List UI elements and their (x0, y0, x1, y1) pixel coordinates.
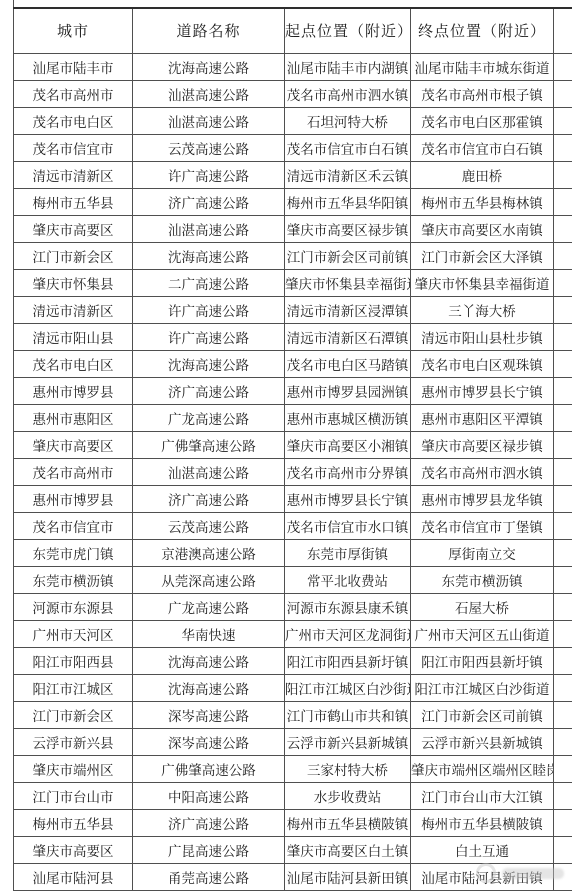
table-cell: 茂名市信宜市丁堡镇 (411, 512, 554, 539)
table-cell: 肇庆市端州区端州区睦岗街道 (411, 755, 554, 782)
table-cell: 许广高速公路 (133, 161, 285, 188)
table-cell: 河源市东源县 (14, 593, 133, 620)
table-cell: 茂名市信宜市 (14, 512, 133, 539)
table-cell: 茂名市信宜市 (14, 134, 133, 161)
table-cell: 阳江市阳西县新圩镇 (285, 647, 411, 674)
table-row: 江门市新会区沈海高速公路江门市新会区司前镇江门市新会区大泽镇 (14, 242, 572, 269)
table-cell: 梅州市五华县 (14, 188, 133, 215)
table-cell: 东莞市横沥镇 (411, 566, 554, 593)
table-cell: 江门市鹤山市共和镇 (285, 701, 411, 728)
table-cell: 济广高速公路 (133, 377, 285, 404)
table-cell: 中阳高速公路 (133, 782, 285, 809)
table-cell-empty (554, 809, 572, 836)
table-cell-empty (554, 458, 572, 485)
table-cell: 汕尾市陆河县 (14, 863, 133, 890)
table-row: 梅州市五华县济广高速公路梅州市五华县华阳镇梅州市五华县梅林镇 (14, 188, 572, 215)
header-start-location: 起点位置（附近） (285, 8, 411, 53)
table-cell: 石坦河特大桥 (285, 107, 411, 134)
table-cell: 广佛肇高速公路 (133, 431, 285, 458)
table-cell: 清远市阳山县 (14, 323, 133, 350)
table-cell: 肇庆市高要区白土镇 (285, 836, 411, 863)
table-cell: 惠州市博罗县长宁镇 (411, 377, 554, 404)
table-cell: 江门市新会区 (14, 242, 133, 269)
table-row: 肇庆市高要区汕湛高速公路肇庆市高要区禄步镇肇庆市高要区水南镇 (14, 215, 572, 242)
table-cell-empty (554, 485, 572, 512)
table-cell: 广州市天河区 (14, 620, 133, 647)
table-cell: 沈海高速公路 (133, 647, 285, 674)
table-row: 肇庆市端州区广佛肇高速公路三家村特大桥肇庆市端州区端州区睦岗街道 (14, 755, 572, 782)
table-cell: 肇庆市高要区禄步镇 (411, 431, 554, 458)
table-cell-empty (554, 350, 572, 377)
table-cell: 华南快速 (133, 620, 285, 647)
table-cell: 惠州市惠阳区 (14, 404, 133, 431)
table-cell: 河源市东源县康禾镇 (285, 593, 411, 620)
table-cell: 肇庆市高要区 (14, 215, 133, 242)
table-cell: 茂名市高州市泗水镇 (411, 458, 554, 485)
table-cell: 清远市清新区 (14, 296, 133, 323)
table-cell-empty (554, 80, 572, 107)
table-cell: 茂名市电白区马踏镇 (285, 350, 411, 377)
table-row: 清远市清新区许广高速公路清远市清新区浸潭镇三丫海大桥 (14, 296, 572, 323)
table-row: 东莞市虎门镇京港澳高速公路东莞市厚街镇厚街南立交 (14, 539, 572, 566)
table-cell: 白土互通 (411, 836, 554, 863)
header-city: 城市 (14, 8, 133, 53)
table-cell: 江门市台山市 (14, 782, 133, 809)
table-cell-empty (554, 404, 572, 431)
table-cell: 广龙高速公路 (133, 404, 285, 431)
table-cell: 梅州市五华县梅林镇 (411, 188, 554, 215)
table-row: 肇庆市高要区广昆高速公路肇庆市高要区白土镇白土互通 (14, 836, 572, 863)
table-row: 江门市台山市中阳高速公路水步收费站江门市台山市大江镇 (14, 782, 572, 809)
table-cell-empty (554, 377, 572, 404)
table-cell-empty (554, 836, 572, 863)
table-cell: 许广高速公路 (133, 296, 285, 323)
table-cell: 茂名市电白区那霍镇 (411, 107, 554, 134)
table-cell: 汕湛高速公路 (133, 80, 285, 107)
table-cell: 汕湛高速公路 (133, 107, 285, 134)
table-row: 茂名市信宜市云茂高速公路茂名市信宜市水口镇茂名市信宜市丁堡镇 (14, 512, 572, 539)
table-cell: 梅州市五华县华阳镇 (285, 188, 411, 215)
table-cell: 阳江市江城区白沙街道 (411, 674, 554, 701)
table-row: 肇庆市高要区广佛肇高速公路肇庆市高要区小湘镇肇庆市高要区禄步镇 (14, 431, 572, 458)
table-cell: 广州市天河区龙洞街道 (285, 620, 411, 647)
table-cell: 茂名市高州市 (14, 80, 133, 107)
table-cell: 汕尾市陆河县新田镇 (285, 863, 411, 890)
table-row: 汕尾市陆丰市沈海高速公路汕尾市陆丰市内湖镇汕尾市陆丰市城东街道 (14, 53, 572, 80)
table-cell: 惠州市博罗县 (14, 377, 133, 404)
table-cell-empty (554, 431, 572, 458)
table-cell: 广州市天河区五山街道 (411, 620, 554, 647)
table-cell: 厚街南立交 (411, 539, 554, 566)
table-cell: 石屋大桥 (411, 593, 554, 620)
table-cell: 云茂高速公路 (133, 512, 285, 539)
header-end-location: 终点位置（附近） (411, 8, 554, 53)
table-cell: 广龙高速公路 (133, 593, 285, 620)
table-row: 茂名市高州市汕湛高速公路茂名市高州市泗水镇茂名市高州市根子镇 (14, 80, 572, 107)
table-row: 阳江市江城区沈海高速公路阳江市江城区白沙街道阳江市江城区白沙街道 (14, 674, 572, 701)
table-row: 阳江市阳西县沈海高速公路阳江市阳西县新圩镇阳江市阳西县新圩镇 (14, 647, 572, 674)
table-cell: 云茂高速公路 (133, 134, 285, 161)
table-cell: 清远市清新区浸潭镇 (285, 296, 411, 323)
table-cell: 阳江市阳西县 (14, 647, 133, 674)
page: 城市 道路名称 起点位置（附近） 终点位置（附近） 汕尾市陆丰市沈海高速公路汕尾… (0, 0, 572, 891)
table-cell-empty (554, 566, 572, 593)
table-cell: 阳江市江城区白沙街道 (285, 674, 411, 701)
table-cell: 江门市新会区大泽镇 (411, 242, 554, 269)
table-cell: 三家村特大桥 (285, 755, 411, 782)
table-cell: 云浮市新兴县新城镇 (285, 728, 411, 755)
table-cell: 云浮市新兴县 (14, 728, 133, 755)
table-row: 清远市清新区许广高速公路清远市清新区禾云镇鹿田桥 (14, 161, 572, 188)
table-cell-empty (554, 728, 572, 755)
table-cell: 汕湛高速公路 (133, 458, 285, 485)
table-cell: 阳江市阳西县新圩镇 (411, 647, 554, 674)
table-cell: 茂名市高州市泗水镇 (285, 80, 411, 107)
table-cell: 甬莞高速公路 (133, 863, 285, 890)
table-cell: 肇庆市怀集县幸福街道 (285, 269, 411, 296)
table-cell: 沈海高速公路 (133, 242, 285, 269)
table-cell: 茂名市信宜市水口镇 (285, 512, 411, 539)
table-cell: 清远市阳山县杜步镇 (411, 323, 554, 350)
table-row: 茂名市信宜市云茂高速公路茂名市信宜市白石镇茂名市信宜市白石镇 (14, 134, 572, 161)
table-cell: 茂名市信宜市白石镇 (411, 134, 554, 161)
table-cell: 清远市清新区石潭镇 (285, 323, 411, 350)
table-cell-empty (554, 755, 572, 782)
table-cell: 江门市台山市大江镇 (411, 782, 554, 809)
table-row: 云浮市新兴县深岑高速公路云浮市新兴县新城镇云浮市新兴县新城镇 (14, 728, 572, 755)
table-cell: 茂名市高州市根子镇 (411, 80, 554, 107)
table-cell: 肇庆市高要区禄步镇 (285, 215, 411, 242)
table-cell: 肇庆市高要区小湘镇 (285, 431, 411, 458)
table-cell-empty (554, 161, 572, 188)
table-row: 河源市东源县广龙高速公路河源市东源县康禾镇石屋大桥 (14, 593, 572, 620)
table-row: 惠州市博罗县济广高速公路惠州市博罗县长宁镇惠州市博罗县龙华镇 (14, 485, 572, 512)
table-cell: 惠州市惠阳区平潭镇 (411, 404, 554, 431)
table-cell: 沈海高速公路 (133, 350, 285, 377)
table-cell: 东莞市虎门镇 (14, 539, 133, 566)
table-cell: 二广高速公路 (133, 269, 285, 296)
table-cell-empty (554, 512, 572, 539)
table-cell: 广昆高速公路 (133, 836, 285, 863)
road-closure-table: 城市 道路名称 起点位置（附近） 终点位置（附近） 汕尾市陆丰市沈海高速公路汕尾… (13, 7, 572, 891)
table-cell-empty (554, 701, 572, 728)
table-cell: 江门市新会区司前镇 (285, 242, 411, 269)
table-cell: 汕尾市陆丰市 (14, 53, 133, 80)
table-cell-empty (554, 782, 572, 809)
table-cell: 惠州市惠城区横沥镇 (285, 404, 411, 431)
table-left-border-stub (13, 0, 14, 7)
table-row: 梅州市五华县济广高速公路梅州市五华县横陂镇梅州市五华县横陂镇 (14, 809, 572, 836)
table-row: 茂名市电白区汕湛高速公路石坦河特大桥茂名市电白区那霍镇 (14, 107, 572, 134)
table-cell-empty (554, 539, 572, 566)
table-cell-empty (554, 323, 572, 350)
table-cell: 云浮市新兴县新城镇 (411, 728, 554, 755)
table-cell: 汕湛高速公路 (133, 215, 285, 242)
table-cell: 茂名市电白区 (14, 350, 133, 377)
table-cell: 茂名市信宜市白石镇 (285, 134, 411, 161)
table-cell: 京港澳高速公路 (133, 539, 285, 566)
table-cell: 济广高速公路 (133, 485, 285, 512)
table-row: 清远市阳山县许广高速公路清远市清新区石潭镇清远市阳山县杜步镇 (14, 323, 572, 350)
table-cell: 江门市新会区司前镇 (411, 701, 554, 728)
table-row: 汕尾市陆河县甬莞高速公路汕尾市陆河县新田镇汕尾市陆河县新田镇 (14, 863, 572, 890)
table-cell: 深岑高速公路 (133, 701, 285, 728)
header-road-name: 道路名称 (133, 8, 285, 53)
table-cell: 清远市清新区 (14, 161, 133, 188)
table-cell-empty (554, 242, 572, 269)
table-cell: 鹿田桥 (411, 161, 554, 188)
table-cell: 梅州市五华县 (14, 809, 133, 836)
table-cell-empty (554, 296, 572, 323)
table-cell: 济广高速公路 (133, 188, 285, 215)
table-cell: 从莞深高速公路 (133, 566, 285, 593)
table-row: 肇庆市怀集县二广高速公路肇庆市怀集县幸福街道肇庆市怀集县幸福街道 (14, 269, 572, 296)
table-row: 东莞市横沥镇从莞深高速公路常平北收费站东莞市横沥镇 (14, 566, 572, 593)
table-cell-empty (554, 593, 572, 620)
table-cell: 肇庆市高要区 (14, 836, 133, 863)
table-cell: 惠州市博罗县长宁镇 (285, 485, 411, 512)
table-cell-empty (554, 863, 572, 890)
table-cell: 许广高速公路 (133, 323, 285, 350)
table-row: 茂名市电白区沈海高速公路茂名市电白区马踏镇茂名市电白区观珠镇 (14, 350, 572, 377)
table-row: 惠州市博罗县济广高速公路惠州市博罗县园洲镇惠州市博罗县长宁镇 (14, 377, 572, 404)
table-cell: 济广高速公路 (133, 809, 285, 836)
table-cell: 常平北收费站 (285, 566, 411, 593)
table-row: 广州市天河区华南快速广州市天河区龙洞街道广州市天河区五山街道 (14, 620, 572, 647)
table-cell: 沈海高速公路 (133, 674, 285, 701)
table-cell-empty (554, 107, 572, 134)
table-row: 茂名市高州市汕湛高速公路茂名市高州市分界镇茂名市高州市泗水镇 (14, 458, 572, 485)
header-row: 城市 道路名称 起点位置（附近） 终点位置（附近） (14, 8, 572, 53)
table-cell: 茂名市电白区 (14, 107, 133, 134)
table-cell: 肇庆市高要区水南镇 (411, 215, 554, 242)
table-cell: 肇庆市怀集县幸福街道 (411, 269, 554, 296)
table-cell-empty (554, 647, 572, 674)
table-cell: 沈海高速公路 (133, 53, 285, 80)
table-cell: 梅州市五华县横陂镇 (411, 809, 554, 836)
table-row: 江门市新会区深岑高速公路江门市鹤山市共和镇江门市新会区司前镇 (14, 701, 572, 728)
table-cell: 江门市新会区 (14, 701, 133, 728)
table-cell: 肇庆市端州区 (14, 755, 133, 782)
table-cell: 深岑高速公路 (133, 728, 285, 755)
table-cell-empty (554, 53, 572, 80)
table-cell: 汕尾市陆丰市城东街道 (411, 53, 554, 80)
table-cell: 东莞市横沥镇 (14, 566, 133, 593)
table-cell: 惠州市博罗县龙华镇 (411, 485, 554, 512)
table-cell: 广佛肇高速公路 (133, 755, 285, 782)
table-cell: 汕尾市陆丰市内湖镇 (285, 53, 411, 80)
table-cell: 惠州市博罗县园洲镇 (285, 377, 411, 404)
table-row: 惠州市惠阳区广龙高速公路惠州市惠城区横沥镇惠州市惠阳区平潭镇 (14, 404, 572, 431)
table-cell: 梅州市五华县横陂镇 (285, 809, 411, 836)
header-empty (554, 8, 572, 53)
table-cell: 肇庆市高要区 (14, 431, 133, 458)
table-cell: 茂名市电白区观珠镇 (411, 350, 554, 377)
table-cell-empty (554, 134, 572, 161)
table-cell-empty (554, 188, 572, 215)
table-cell: 惠州市博罗县 (14, 485, 133, 512)
table-cell-empty (554, 620, 572, 647)
table-cell: 汕尾市陆河县新田镇 (411, 863, 554, 890)
table-cell-empty (554, 674, 572, 701)
table-cell: 水步收费站 (285, 782, 411, 809)
table-cell: 茂名市高州市分界镇 (285, 458, 411, 485)
table-cell: 肇庆市怀集县 (14, 269, 133, 296)
table-cell: 东莞市厚街镇 (285, 539, 411, 566)
table-cell: 茂名市高州市 (14, 458, 133, 485)
table-cell: 阳江市江城区 (14, 674, 133, 701)
table-cell: 三丫海大桥 (411, 296, 554, 323)
table-cell-empty (554, 215, 572, 242)
table-cell: 清远市清新区禾云镇 (285, 161, 411, 188)
table-cell-empty (554, 269, 572, 296)
